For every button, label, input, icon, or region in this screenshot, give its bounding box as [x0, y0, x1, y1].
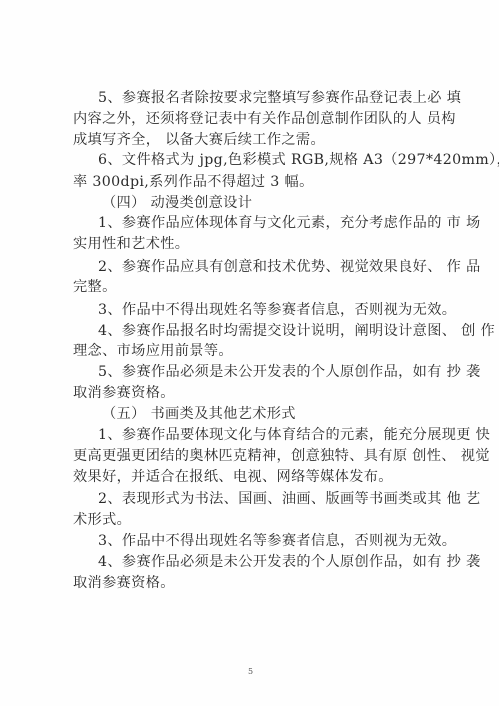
- paragraph-line: 取消参赛资格。: [73, 574, 175, 592]
- section-heading: （四） 动漫类创意设计: [102, 194, 252, 212]
- paragraph-line: 完整。: [73, 278, 117, 296]
- paragraph-line: 更高更强更团结的奥林匹克精神，创意独特、具有原 创性、 视觉: [73, 447, 490, 465]
- paragraph-line: 2、表现形式为书法、国画、油画、版画等书画类或其 他 艺: [98, 490, 481, 508]
- paragraph-line: 效果好，并适合在报纸、电视、网络等媒体发布。: [73, 468, 393, 486]
- document-page: 5、参赛报名者除按要求完整填写参赛作品登记表上必 填内容之外，还须将登记表中有关…: [0, 0, 499, 706]
- paragraph-line: 理念、市场应用前景等。: [73, 342, 233, 360]
- paragraph-line: 取消参赛资格。: [73, 384, 175, 402]
- paragraph-line: 1、参赛作品应体现体育与文化元素，充分考虑作品的 市 场: [98, 214, 481, 232]
- paragraph-line: 1、参赛作品要体现文化与体育结合的元素，能充分展现更 快: [98, 426, 490, 444]
- paragraph-line: 5、参赛报名者除按要求完整填写参赛作品登记表上必 填: [98, 89, 461, 107]
- section-heading: （五） 书画类及其他艺术形式: [102, 405, 296, 423]
- paragraph-line: 内容之外，还须将登记表中有关作品创意制作团队的人 员构: [73, 110, 456, 128]
- paragraph-line: 6、文件格式为 jpg,色彩模式 RGB,规格 A3（297*420mm），分 …: [98, 151, 499, 169]
- paragraph-line: 3、作品中不得出现姓名等参赛者信息，否则视为无效。: [98, 532, 456, 550]
- paragraph-line: 4、参赛作品报名时均需提交设计说明，阐明设计意图、 创 作: [98, 322, 495, 340]
- paragraph-line: 5、参赛作品必须是未公开发表的个人原创作品，如有 抄 袭: [98, 363, 481, 381]
- paragraph-line: 术形式。: [73, 511, 131, 529]
- page-number: 5: [248, 667, 253, 676]
- paragraph-line: 成填写齐全， 以备大赛后续工作之需。: [73, 131, 325, 149]
- paragraph-line: 率 300dpi,系列作品不得超过 3 幅。: [73, 173, 314, 191]
- paragraph-line: 4、参赛作品必须是未公开发表的个人原创作品，如有 抄 袭: [98, 553, 481, 571]
- paragraph-line: 2、参赛作品应具有创意和技术优势、视觉效果良好、 作 品: [98, 258, 481, 276]
- paragraph-line: 实用性和艺术性。: [73, 235, 189, 253]
- paragraph-line: 3、作品中不得出现姓名等参赛者信息，否则视为无效。: [98, 301, 456, 319]
